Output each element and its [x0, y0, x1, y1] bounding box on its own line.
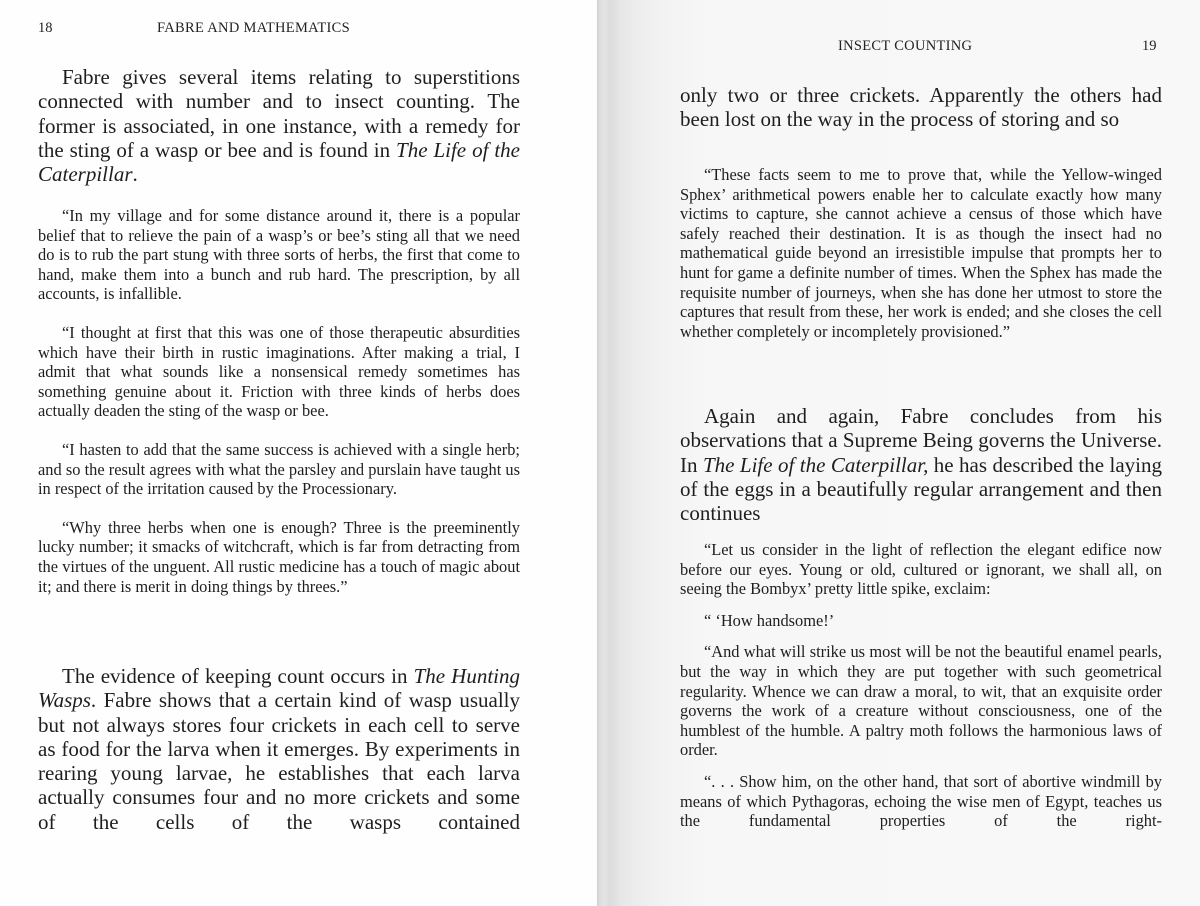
quote-paragraph: “. . . Show him, on the other hand, that…	[680, 772, 1162, 831]
continuation-paragraph: only two or three crickets. Apparently t…	[680, 83, 1162, 132]
right-page: INSECT COUNTING 19 only two or three cri…	[598, 0, 1200, 906]
quote-paragraph: “Why three herbs when one is enough? Thr…	[38, 518, 520, 596]
page-number-left: 18	[38, 20, 53, 37]
book-title: The Life of the Caterpillar,	[703, 453, 928, 477]
left-page: 18 FABRE AND MATHEMATICS Fabre gives sev…	[0, 0, 598, 906]
page-number-right: 19	[1142, 38, 1157, 55]
running-head-left: FABRE AND MATHEMATICS	[157, 20, 350, 37]
quote-paragraph: “In my village and for some distance aro…	[38, 206, 520, 304]
supreme-being-paragraph: Again and again, Fabre concludes from hi…	[680, 404, 1162, 525]
quote-paragraph: “And what will strike us most will be no…	[680, 642, 1162, 760]
quote-paragraph: “These facts seem to me to prove that, w…	[680, 165, 1162, 341]
intro-paragraph: Fabre gives several items relating to su…	[38, 65, 520, 186]
quote-block-bombyx: “Let us consider in the light of reflect…	[680, 540, 1162, 831]
running-head-right: INSECT COUNTING	[838, 38, 972, 55]
quote-block-herbs: “In my village and for some distance aro…	[38, 206, 520, 596]
quote-block-sphex: “These facts seem to me to prove that, w…	[680, 165, 1162, 341]
quote-paragraph: “Let us consider in the light of reflect…	[680, 540, 1162, 599]
quote-paragraph: “I thought at first that this was one of…	[38, 323, 520, 421]
quote-paragraph: “ ‘How handsome!’	[680, 611, 1162, 631]
hunting-wasps-paragraph: The evidence of keeping count occurs in …	[38, 664, 520, 834]
quote-paragraph: “I hasten to add that the same success i…	[38, 440, 520, 499]
